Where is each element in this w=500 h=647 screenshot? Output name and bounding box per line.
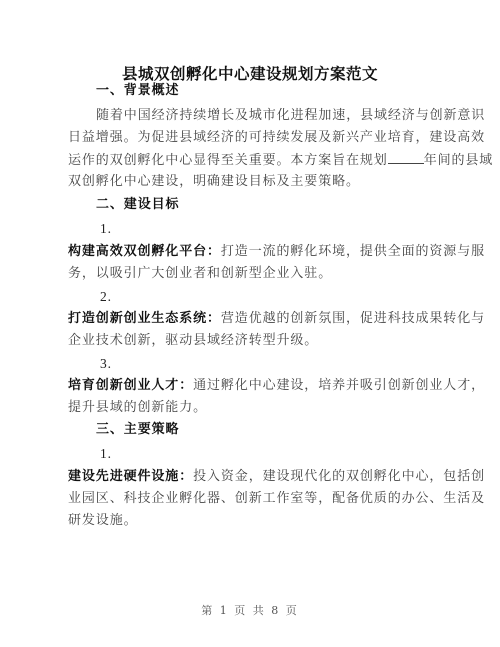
section-heading-goals: 二、建设目标	[96, 197, 456, 213]
paragraph-text: 运作的双创孵化中心显得至关重要。本方案旨在规划	[68, 153, 388, 168]
item-text: 投入资金，建设现代化的双创孵化中心，包括创	[193, 469, 485, 484]
item-text: 打造一流的孵化环境，提供全面的资源与服	[221, 244, 485, 259]
item-line: 企业技术创新，驱动县域经济转型升级。	[68, 333, 428, 349]
item-bold-label: 打造创新创业生态系统：	[68, 311, 221, 326]
document-title: 县城双创孵化中心建设规划方案范文	[0, 62, 500, 84]
item-number: 1.	[100, 221, 460, 237]
item-line: 建设先进硬件设施：投入资金，建设现代化的双创孵化中心，包括创	[68, 469, 428, 485]
paragraph-text: 年间的县域	[424, 153, 494, 168]
paragraph-line: 双创孵化中心建设，明确建设目标及主要策略。	[68, 174, 428, 190]
item-line: 研发设施。	[68, 513, 428, 529]
document-page: 县城双创孵化中心建设规划方案范文 一、背景概述 随着中国经济持续增长及城市化进程…	[0, 0, 500, 647]
item-line: 提升县域的创新能力。	[68, 400, 428, 416]
item-text: 营造优越的创新氛围，促进科技成果转化与	[221, 311, 485, 326]
item-text: 通过孵化中心建设，培养并吸引创新创业人才，	[193, 378, 485, 393]
item-line: 打造创新创业生态系统：营造优越的创新氛围，促进科技成果转化与	[68, 311, 428, 327]
item-line: 务，以吸引广大创业者和创新型企业入驻。	[68, 266, 428, 282]
section-heading-background: 一、背景概述	[96, 83, 456, 99]
section-heading-strategies: 三、主要策略	[96, 422, 456, 438]
item-bold-label: 构建高效双创孵化平台：	[68, 244, 221, 259]
item-line: 业园区、科技企业孵化器、创新工作室等，配备优质的办公、生活及	[68, 491, 428, 507]
item-bold-label: 建设先进硬件设施：	[68, 469, 193, 484]
item-number: 3.	[100, 356, 460, 372]
page-footer: 第 1 页 共 8 页	[0, 602, 500, 618]
paragraph-line: 日益增强。为促进县域经济的可持续发展及新兴产业培育，建设高效	[68, 130, 428, 146]
item-line: 构建高效双创孵化平台：打造一流的孵化环境，提供全面的资源与服	[68, 244, 428, 260]
item-number: 1.	[100, 446, 460, 462]
item-bold-label: 培育创新创业人才：	[68, 378, 193, 393]
paragraph-line: 运作的双创孵化中心显得至关重要。本方案旨在规划年间的县域	[68, 152, 428, 169]
item-line: 培育创新创业人才：通过孵化中心建设，培养并吸引创新创业人才，	[68, 378, 428, 394]
blank-fill-line	[388, 152, 424, 164]
paragraph-line: 随着中国经济持续增长及城市化进程加速，县域经济与创新意识	[96, 108, 456, 124]
item-number: 2.	[100, 289, 460, 305]
